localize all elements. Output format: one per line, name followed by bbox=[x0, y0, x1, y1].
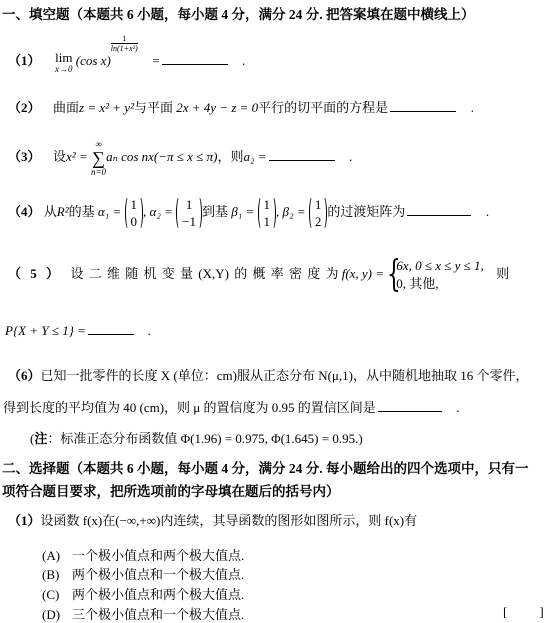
limit-base: (cos x) bbox=[76, 53, 111, 68]
section2-heading-line1: 二、选择题（本题共 6 小题，每小题 4 分，满分 24 分. 每小题给出的四个… bbox=[2, 457, 529, 477]
question-2-1: （1）设函数 f(x)在(−∞,+∞)内连续，其导函数的图形如图所示，则 f(x… bbox=[8, 510, 417, 529]
series-term: aₙ cos nx(−π ≤ x ≤ π) bbox=[106, 149, 217, 164]
question-1-3: （3） 设x² = ∞ ∑ n=0 aₙ cos nx(−π ≤ x ≤ π)，… bbox=[8, 139, 352, 177]
equals-sign: = bbox=[152, 53, 159, 68]
question-number: （3） bbox=[8, 149, 41, 164]
surface-equation: z = x² + y² bbox=[79, 100, 134, 115]
question-number: （1） bbox=[8, 53, 41, 68]
answer-blank[interactable] bbox=[378, 410, 442, 412]
answer-bracket[interactable]: [] bbox=[503, 604, 544, 620]
answer-blank[interactable] bbox=[407, 214, 471, 216]
plane-equation: 2x + 4y − z = 0 bbox=[176, 100, 258, 115]
choice-d[interactable]: (D)三个极小值点和一个极大值点. bbox=[42, 604, 244, 623]
question-number: （1） bbox=[8, 513, 41, 528]
question-number: （6） bbox=[8, 368, 41, 383]
question-1-6: （6）已知一批零件的长度 X (单位：cm)服从正态分布 N(μ,1)，从中随机… bbox=[8, 365, 528, 384]
vector-beta1: 11 bbox=[258, 196, 277, 230]
piecewise-function: { 6x, 0 ≤ x ≤ y ≤ 1, 0, 其他, bbox=[387, 257, 483, 293]
question-number: （ 5 ） bbox=[8, 266, 62, 281]
question-1-6-note: (注：标准正态分布函数值 Φ(1.96) = 0.975, Φ(1.645) =… bbox=[30, 428, 363, 447]
choice-c[interactable]: (C)两个极小值点和两个极大值点. bbox=[42, 584, 244, 603]
vector-alpha2: 1−1 bbox=[176, 196, 202, 230]
question-1-5-line2: P{X + Y ≤ 1} = . bbox=[5, 323, 151, 339]
summation-symbol: ∞ ∑ n=0 bbox=[91, 139, 106, 177]
section2-heading-line2: 项符合题目要求，把所选项前的字母填在题后的括号内） bbox=[2, 480, 340, 500]
question-1-4: （4） 从R²的基 α₁ = 10, α₂ = 1−1到基 β₁ = 11, β… bbox=[8, 196, 489, 230]
limit-exponent: 1ln(1+x²) bbox=[111, 34, 138, 53]
choice-b[interactable]: (B)两个极小值点和一个极大值点. bbox=[42, 564, 244, 583]
vector-alpha1: 10 bbox=[125, 196, 144, 230]
question-number: （2） bbox=[8, 100, 41, 115]
question-1-2: （2） 曲面z = x² + y²与平面 2x + 4y − z = 0平行的切… bbox=[8, 97, 474, 116]
choice-a[interactable]: (A)一个极小值点和两个极大值点. bbox=[42, 545, 244, 564]
answer-blank[interactable] bbox=[269, 159, 335, 161]
vector-beta2: 12 bbox=[309, 196, 328, 230]
question-1-5: （ 5 ） 设 二 维 随 机 变 量 (X,Y) 的 概 率 密 度 为 f(… bbox=[8, 257, 509, 293]
answer-blank[interactable] bbox=[162, 63, 228, 65]
question-1-1: （1） lim x→0 (cos x)1ln(1+x²) = . bbox=[8, 34, 245, 74]
question-number: （4） bbox=[8, 204, 41, 219]
section1-heading: 一、填空题（本题共 6 小题，每小题 4 分，满分 24 分. 把答案填在题中横… bbox=[2, 3, 475, 23]
question-1-6-line2: 得到长度的平均值为 40 (cm)，则 μ 的置信度为 0.95 的置信区间是 … bbox=[3, 397, 460, 416]
limit-operator: lim x→0 bbox=[55, 51, 73, 74]
answer-blank[interactable] bbox=[88, 333, 134, 335]
answer-blank[interactable] bbox=[390, 110, 456, 112]
note-label: 注 bbox=[34, 431, 47, 446]
